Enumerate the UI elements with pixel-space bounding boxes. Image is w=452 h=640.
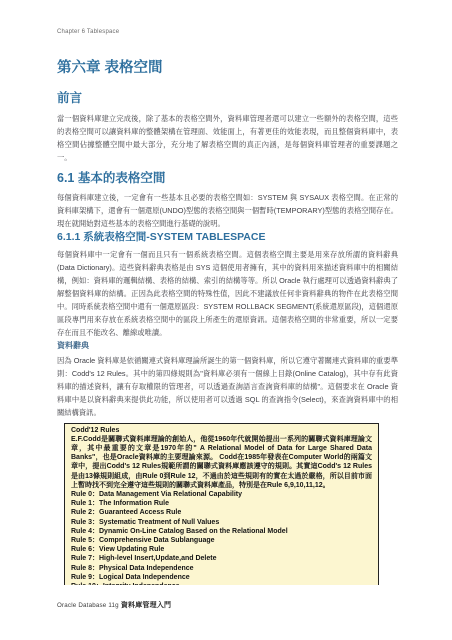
rule-line: Rule 7：High-level Insert,Update,and Dele… (71, 554, 372, 563)
preface-paragraph: 當一個資料庫建立完成後，除了基本的表格空間外，資料庫管理者還可以建立一些額外的表… (57, 112, 398, 164)
page-content: 第六章 表格空間 前言 當一個資料庫建立完成後，除了基本的表格空間外，資料庫管理… (57, 60, 398, 585)
running-footer: Oracle Database 11g資料庫管理入門 (57, 600, 171, 610)
rule-line: Rule 3：Systematic Treatment of Null Valu… (71, 518, 372, 527)
preface-heading: 前言 (57, 92, 398, 106)
codd-rules-box: Codd'12 Rules E.F.Codd是關聯式資料庫理論的創始人，他從19… (64, 423, 379, 585)
rule-line: Rule 2：Guaranteed Access Rule (71, 508, 372, 517)
document-page: Chapter 6 Tablespace 第六章 表格空間 前言 當一個資料庫建… (0, 0, 452, 640)
rule-line: Rule 1：The Information Rule (71, 499, 372, 508)
rule-line: Rule 0：Data Management Via Relational Ca… (71, 490, 372, 499)
rule-line: Rule 5：Comprehensive Data Sublanguage (71, 536, 372, 545)
running-header: Chapter 6 Tablespace (57, 29, 119, 35)
rule-line: Rule 8：Physical Data Independence (71, 564, 372, 573)
codd-box-intro: E.F.Codd是關聯式資料庫理論的創始人，他從1960年代就開始提出一系列的關… (71, 435, 372, 490)
rule-line: Rule 4：Dynamic On-Line Catalog Based on … (71, 527, 372, 536)
codd-rules-list: Rule 0：Data Management Via Relational Ca… (71, 490, 372, 585)
section-6-1-heading: 6.1 基本的表格空間 (57, 172, 398, 186)
rule-line: Rule 9：Logical Data Independence (71, 573, 372, 582)
chapter-title: 第六章 表格空間 (57, 60, 398, 76)
data-dictionary-label: 資料辭典 (57, 341, 398, 350)
section-6-1-1-paragraph: 每個資料庫中一定會有一個而且只有一個系統表格空間。這個表格空間主要是用來存放所謂… (57, 248, 398, 339)
section-6-1-paragraph: 每個資料庫建立後，一定會有一些基本且必要的表格空間如：SYSTEM 與 SYSA… (57, 191, 398, 230)
section-6-1-1-heading: 6.1.1 系統表格空間-SYSTEM TABLESPACE (57, 232, 398, 244)
footer-book-title-zh: 資料庫管理入門 (121, 602, 171, 609)
rule-line: Rule 6：View Updating Rule (71, 545, 372, 554)
footer-book-title-en: Oracle Database 11g (57, 602, 119, 609)
codd-box-title: Codd'12 Rules (71, 426, 372, 435)
rule-line: Rule 10：Integrity Independence (71, 582, 372, 585)
data-dictionary-paragraph: 因為 Oracle 資料庫是依循關連式資料庫理論所誕生的第一個資料庫，所以它遵守… (57, 354, 398, 419)
